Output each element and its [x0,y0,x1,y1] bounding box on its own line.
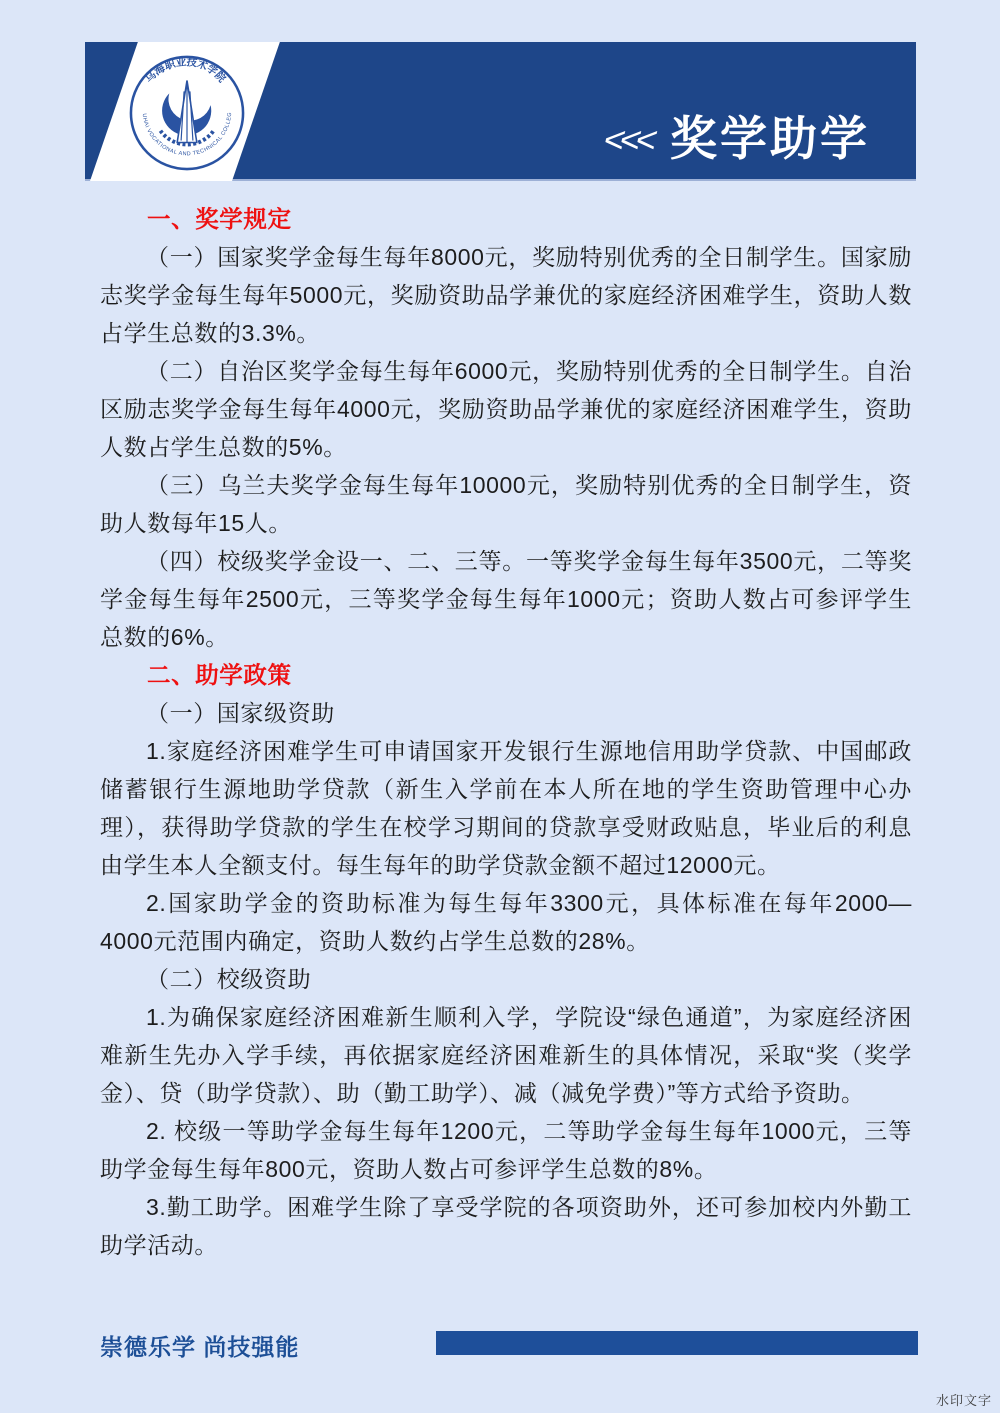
paragraph: 3.勤工助学。困难学生除了享受学院的各项资助外，还可参加校内外勤工助学活动。 [100,1188,912,1264]
footer-motto: 崇德乐学 尚技强能 [100,1329,299,1362]
document-body: 一、奖学规定 （一）国家奖学金每生每年8000元，奖励特别优秀的全日制学生。国家… [100,200,912,1264]
page-title-text: 奖学助学 [670,102,870,169]
section-heading-1: 一、奖学规定 [100,200,912,238]
section-heading-2: 二、助学政策 [100,656,912,694]
page: 乌海职业技术学院 WUHAI VOCATIONAL AND TECHNICAL … [0,0,1000,1413]
paragraph: 2. 校级一等助学金每生每年1200元，二等助学金每生每年1000元，三等助学金… [100,1112,912,1188]
paragraph: （四）校级奖学金设一、二、三等。一等奖学金每生每年3500元，二等奖学金每生每年… [100,542,912,656]
sub-heading: （一）国家级资助 [100,694,912,732]
chevrons-icon: <<< [599,119,656,161]
paragraph: 1.家庭经济困难学生可申请国家开发银行生源地信用助学贷款、中国邮政储蓄银行生源地… [100,732,912,884]
paragraph: （一）国家奖学金每生每年8000元，奖励特别优秀的全日制学生。国家励志奖学金每生… [100,238,912,352]
paragraph: （三）乌兰夫奖学金每生每年10000元，奖励特别优秀的全日制学生，资助人数每年1… [100,466,912,542]
paragraph: 2.国家助学金的资助标准为每生每年3300元，具体标准在每年2000—4000元… [100,884,912,960]
college-seal-icon: 乌海职业技术学院 WUHAI VOCATIONAL AND TECHNICAL … [128,54,246,172]
page-title: <<< 奖学助学 [604,102,870,169]
header-banner: 乌海职业技术学院 WUHAI VOCATIONAL AND TECHNICAL … [85,42,916,181]
watermark-text: 水印文字 [936,1390,992,1409]
sub-heading: （二）校级资助 [100,960,912,998]
footer-bar [436,1331,918,1355]
paragraph: （二）自治区奖学金每生每年6000元，奖励特别优秀的全日制学生。自治区励志奖学金… [100,352,912,466]
paragraph: 1.为确保家庭经济困难新生顺利入学，学院设“绿色通道”，为家庭经济困难新生先办入… [100,998,912,1112]
